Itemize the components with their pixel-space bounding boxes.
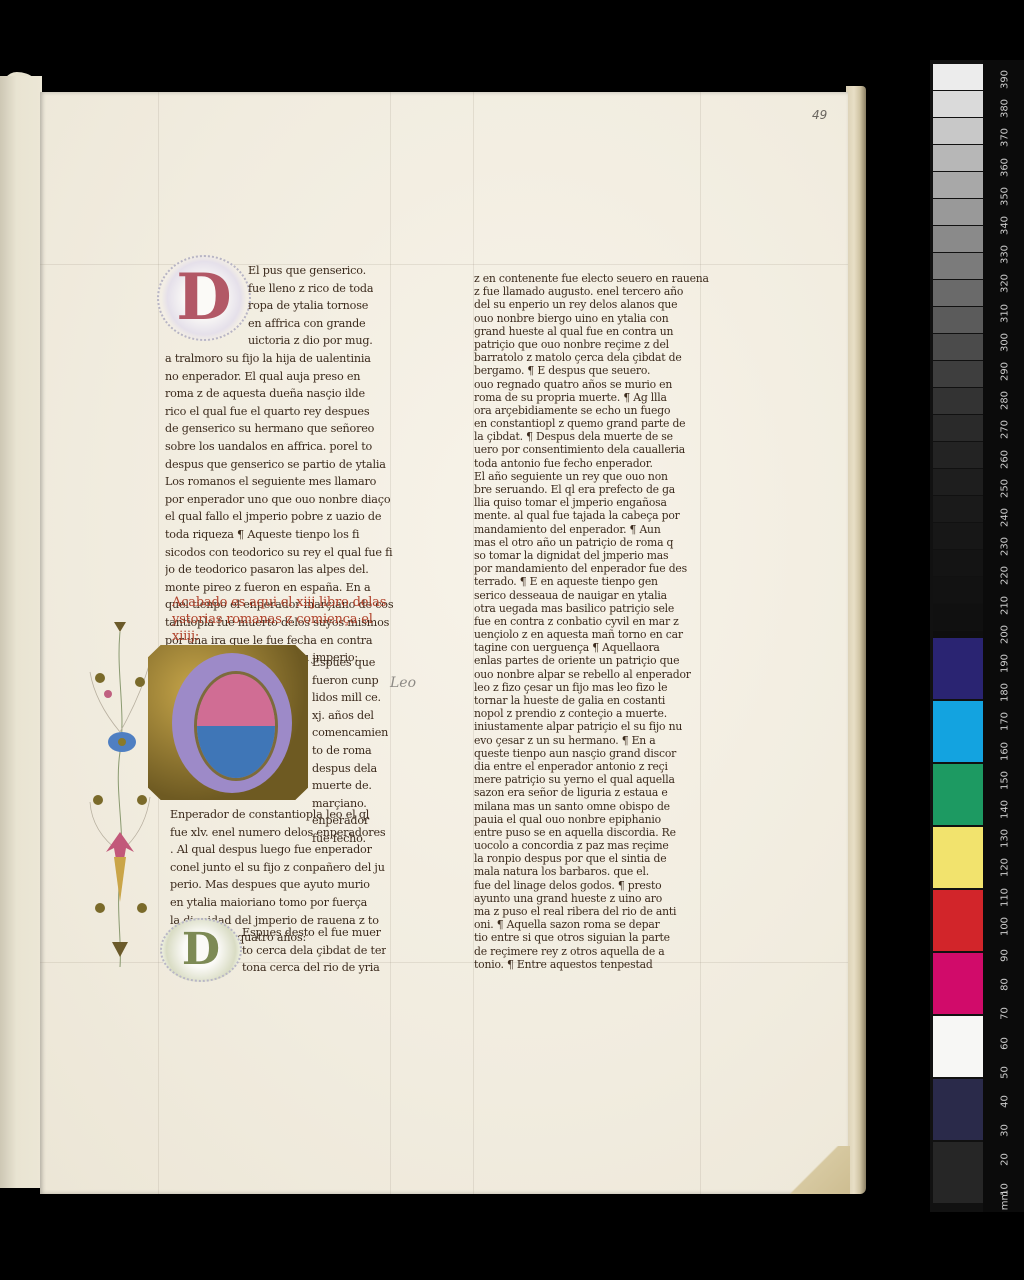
right-column-text: z en contenente fue electo seuero en rau… — [474, 272, 709, 971]
grayscale-swatch — [933, 64, 983, 90]
grayscale-swatch — [933, 496, 983, 522]
text-line: tornar la hueste de galia en costanti — [474, 694, 709, 707]
color-swatch-white — [933, 1016, 983, 1077]
text-line: terrado. ¶ E en aqueste tienpo gen — [474, 575, 709, 588]
text-line: so tomar la dignidat del jmperio mas — [474, 549, 709, 562]
text-line: perio. Mas despues que ayuto murio — [170, 876, 385, 894]
grayscale-swatch — [933, 307, 983, 333]
text-line: mente. al qual fue tajada la cabeça por — [474, 509, 709, 522]
ruling-line — [158, 92, 159, 1194]
text-line: entre puso se en aquella discordia. Re — [474, 826, 709, 839]
rubric-line: xiiij: — [172, 628, 386, 645]
grayscale-swatch — [933, 523, 983, 549]
text-line: to cerca dela çibdat de ter — [242, 942, 386, 960]
rubric-heading: Acabado es aqui el xiij libro delas ysto… — [172, 594, 386, 645]
text-line: enlas partes de oriente un patriçio que — [474, 654, 709, 667]
text-line: roma de su propria muerte. ¶ Ag llla — [474, 391, 709, 404]
text-line: nopol z prendio z conteçio a muerte. — [474, 707, 709, 720]
grayscale-swatch — [933, 226, 983, 252]
initial-letter: D — [182, 928, 220, 972]
color-swatch-cyan — [933, 701, 983, 762]
grayscale-swatch — [933, 415, 983, 441]
grayscale-swatch — [933, 334, 983, 360]
text-line: evo çesar z un su hermano. ¶ En a — [474, 734, 709, 747]
text-line: tona cerca del rio de yria — [242, 959, 386, 977]
floral-border-decoration — [86, 612, 156, 972]
color-swatch-black — [933, 1142, 983, 1203]
text-line: ma z puso el real ribera del rio de anti — [474, 905, 709, 918]
text-line: tagine con uerguença ¶ Aquellaora — [474, 641, 709, 654]
text-line: to de roma — [312, 742, 388, 760]
color-swatch-green — [933, 764, 983, 825]
rubric-line: Acabado es aqui el xiij libro delas — [172, 594, 386, 611]
text-line: otra uegada mas basilico patriçio sele — [474, 602, 709, 615]
grayscale-swatch — [933, 604, 983, 630]
text-line: sicodos con teodorico su rey el qual fue… — [165, 544, 393, 562]
text-line: mala natura los barbaros. que el. — [474, 865, 709, 878]
text-line: por enperador uno que ouo nonbre diaço — [165, 491, 393, 509]
decorated-initial-d: D — [160, 918, 242, 982]
manuscript-page — [40, 92, 848, 1194]
initial-letter: D — [176, 266, 232, 330]
grayscale-swatch — [933, 442, 983, 468]
text-line: uictoria z dio por mug. — [248, 332, 373, 350]
text-line: ouo nonbre alpar se rebello al enperador — [474, 668, 709, 681]
text-line: de reçimere rey z otros aquella de a — [474, 945, 709, 958]
text-line: bre seruando. El ql era prefecto de ga — [474, 483, 709, 496]
text-line: jo de teodorico pasaron las alpes del. — [165, 561, 393, 579]
color-swatch-red — [933, 890, 983, 951]
text-line: iniustamente alpar patriçio el su fijo n… — [474, 720, 709, 733]
grayscale-swatch — [933, 577, 983, 603]
text-line: . Al qual despus luego fue enperador — [170, 841, 385, 859]
grayscale-swatch — [933, 199, 983, 225]
text-line: la çibdat. ¶ Despus dela muerte de se — [474, 430, 709, 443]
text-line: lidos mill ce. — [312, 689, 388, 707]
initial-portrait-medallion — [194, 671, 278, 781]
text-line: Espues que — [312, 654, 388, 672]
color-swatch-blue — [933, 638, 983, 699]
grayscale-swatch — [933, 253, 983, 279]
text-line: toda antonio fue fecho enperador. — [474, 457, 709, 470]
text-line: fue lleno z rico de toda — [248, 280, 373, 298]
text-line: el qual fallo el jmperio pobre z uazio d… — [165, 508, 393, 526]
grayscale-swatch — [933, 118, 983, 144]
text-line: pauia el qual ouo nonbre epiphanio — [474, 813, 709, 826]
grayscale-swatch — [933, 469, 983, 495]
text-line: la ronpio despus por que el sintia de — [474, 852, 709, 865]
text-line: uero por consentimiento dela caualleria — [474, 443, 709, 456]
grayscale-swatch — [933, 388, 983, 414]
text-line: ouo nonbre biergo uino en ytalia con — [474, 312, 709, 325]
text-line: ayunto una grand hueste z uino aro — [474, 892, 709, 905]
text-line: fue xlv. enel numero delos enperadores — [170, 824, 385, 842]
text-line: mas el otro año un patriçio de roma q — [474, 536, 709, 549]
text-line: sazon era señor de liguria z estaua e — [474, 786, 709, 799]
text-line: fue del linage delos godos. ¶ presto — [474, 879, 709, 892]
text-line: grand hueste al qual fue en contra un — [474, 325, 709, 338]
text-line: El año seguiente un rey que ouo non — [474, 470, 709, 483]
grayscale-swatch — [933, 280, 983, 306]
rubric-line: ystorias romanas z comiença el — [172, 611, 386, 628]
left-column-closing: Espues desto el fue muer to cerca dela ç… — [242, 924, 386, 977]
text-line: conel junto el su fijo z conpañero del j… — [170, 859, 385, 877]
text-line: barratolo z matolo çerca dela çibdat de — [474, 351, 709, 364]
text-line: leo z fizo çesar un fijo mas leo fizo le — [474, 681, 709, 694]
text-line: tonio. ¶ Entre aquestos tenpestad — [474, 958, 709, 971]
text-line: en affrica con grande — [248, 315, 373, 333]
text-line: z en contenente fue electo seuero en rau… — [474, 272, 709, 285]
folded-corner — [780, 1146, 850, 1194]
ruling-line — [40, 264, 848, 265]
text-line: a tralmoro su fijo la hija de ualentinia — [165, 350, 393, 368]
historiated-initial-d: D — [148, 645, 308, 800]
text-line: rico el qual fue el quarto rey despues — [165, 403, 393, 421]
text-line: xj. años del — [312, 707, 388, 725]
text-line: z fue llamado augusto. enel tercero año — [474, 285, 709, 298]
text-line: Espues desto el fue muer — [242, 924, 386, 942]
text-line: muerte de. — [312, 777, 388, 795]
text-line: roma z de aquesta dueña nasçio ilde — [165, 385, 393, 403]
text-line: en constantiopl z quemo grand parte de — [474, 417, 709, 430]
marginal-note: Leo — [390, 675, 416, 691]
grayscale-swatch — [933, 172, 983, 198]
color-swatch-navy — [933, 1079, 983, 1140]
text-line: ropa de ytalia tornose — [248, 297, 373, 315]
ruling-line — [40, 962, 848, 963]
text-line: despus dela — [312, 760, 388, 778]
text-line: oni. ¶ Aquella sazon roma se depar — [474, 918, 709, 931]
color-swatch-magenta — [933, 953, 983, 1014]
text-line: de genserico su hermano que señoreo — [165, 420, 393, 438]
grayscale-swatch — [933, 361, 983, 387]
text-line: ora arçebidiamente se echo un fuego — [474, 404, 709, 417]
text-line: fueron cunp — [312, 672, 388, 690]
text-line: no enperador. El qual auja preso en — [165, 368, 393, 386]
text-line: dia entre el enperador antonio z reçi — [474, 760, 709, 773]
color-calibration-target: 3903803703603503403303203103002902802702… — [930, 60, 1024, 1212]
text-line: El pus que genserico. — [248, 262, 373, 280]
text-line: fue en contra z conbatio cyvil en mar z — [474, 615, 709, 628]
text-line: milana mas un santo omne obispo de — [474, 800, 709, 813]
grayscale-swatch — [933, 145, 983, 171]
text-line: Enperador de constantiopla leo el ql — [170, 806, 385, 824]
text-line: tio entre si que otros siguian la parte — [474, 931, 709, 944]
text-line: toda riqueza ¶ Aqueste tienpo los fi — [165, 526, 393, 544]
text-line: patriçio que ouo nonbre reçime z del — [474, 338, 709, 351]
text-line: uocolo a concordia z paz mas reçime — [474, 839, 709, 852]
grayscale-swatch — [933, 91, 983, 117]
text-line: bergamo. ¶ E despus que seuero. — [474, 364, 709, 377]
folio-number: 49 — [812, 108, 827, 122]
text-line: por mandamiento del enperador fue des — [474, 562, 709, 575]
text-line: mere patriçio su yerno el qual aquella — [474, 773, 709, 786]
text-line: comencamien — [312, 724, 388, 742]
text-line: llia quiso tomar el jmperio engañosa — [474, 496, 709, 509]
facing-page-left-leaf — [0, 76, 42, 1188]
ruler-unit-label: mm — [1000, 1184, 1011, 1218]
left-column-top-beside-initial: El pus que genserico. fue lleno z rico d… — [248, 262, 373, 350]
text-line: despus que genserico se partio de ytalia — [165, 456, 393, 474]
text-line: uençiolo z en aquesta mañ torno en car — [474, 628, 709, 641]
text-line: serico desseaua de nauigar en ytalia — [474, 589, 709, 602]
text-line: queste tienpo aun nasçio grand discor — [474, 747, 709, 760]
page-edges — [846, 86, 866, 1194]
text-line: mandamiento del enperador. ¶ Aun — [474, 523, 709, 536]
color-swatch-yellow — [933, 827, 983, 888]
decorated-initial-d: D — [157, 255, 251, 341]
text-line: en ytalia maioriano tomo por fuerça — [170, 894, 385, 912]
text-line: ouo regnado quatro años se murio en — [474, 378, 709, 391]
text-line: Los romanos el seguiente mes llamaro — [165, 473, 393, 491]
text-line: sobre los uandalos en affrica. porel to — [165, 438, 393, 456]
text-line: del su enperio un rey delos alanos que — [474, 298, 709, 311]
grayscale-swatch — [933, 550, 983, 576]
